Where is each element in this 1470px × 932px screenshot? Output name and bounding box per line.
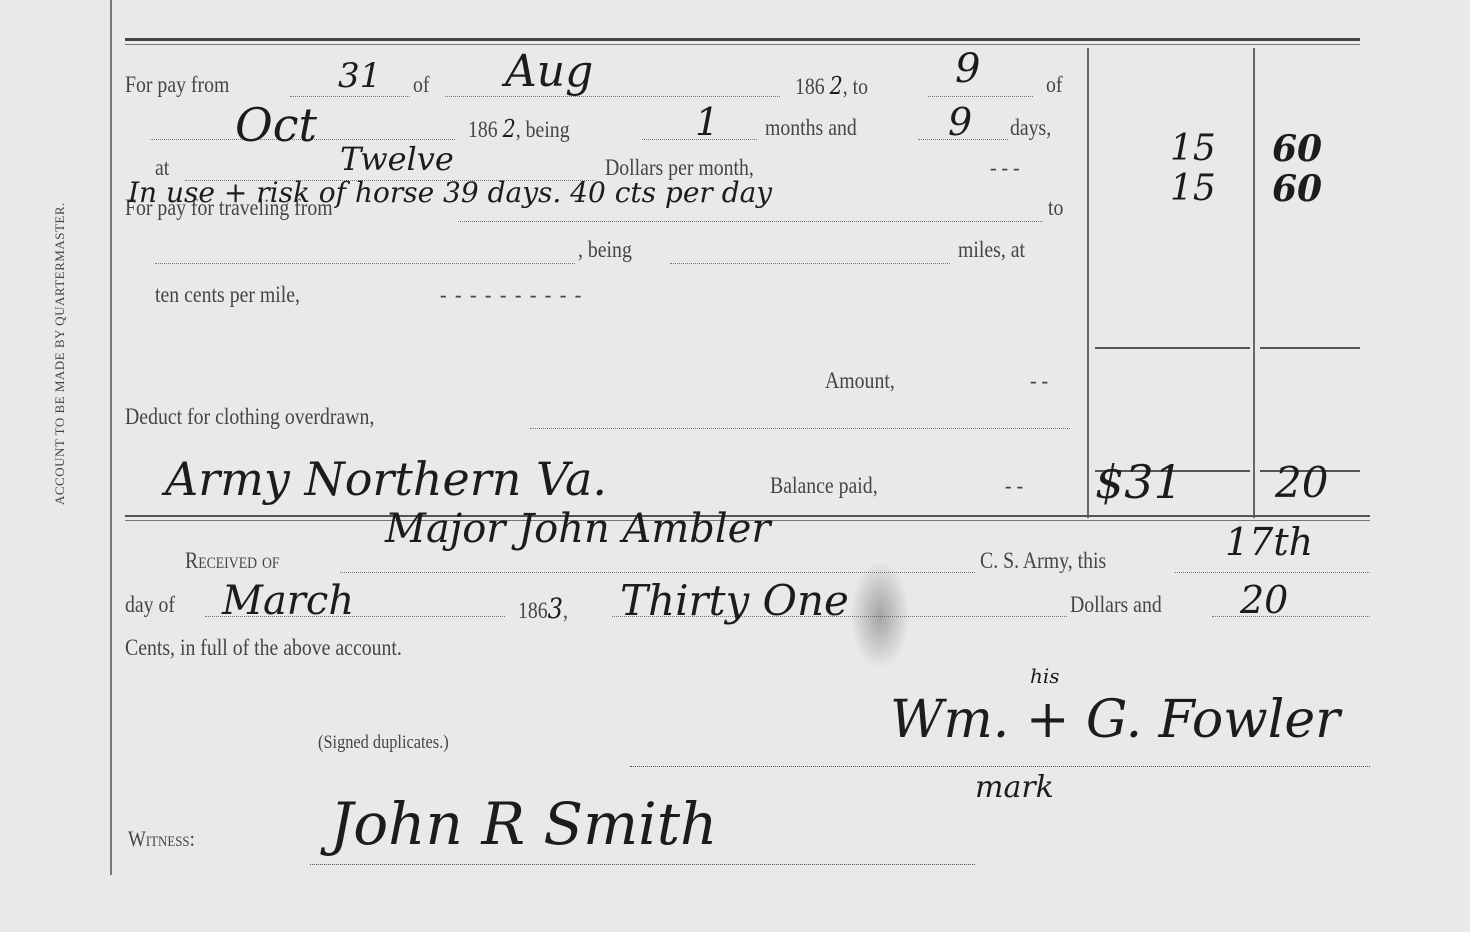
witness-label: Witness: xyxy=(128,826,195,852)
ten-cents-dashes: - - - - - - - - - - xyxy=(440,282,583,308)
officer-value: Major John Ambler xyxy=(385,506,771,552)
dollars-column-left xyxy=(1087,48,1089,518)
year-label-2: 186 2, being xyxy=(468,115,570,143)
subtotal-rule-dollars xyxy=(1095,347,1250,349)
his-label: his xyxy=(1030,664,1060,688)
signature-value: Wm. + G. Fowler xyxy=(890,690,1340,750)
unit-value: Army Northern Va. xyxy=(165,452,607,506)
amount-dashes: - - xyxy=(1030,368,1048,394)
ink-smudge xyxy=(850,560,910,670)
cs-army-label: C. S. Army, this xyxy=(980,548,1106,574)
horse-dollars: 15 xyxy=(1170,168,1216,209)
days-value: 9 xyxy=(948,100,972,144)
mark-label: mark xyxy=(975,770,1054,805)
row3-dashes: - - - xyxy=(990,155,1020,181)
miles-at-label: miles, at xyxy=(958,237,1025,263)
signature-line xyxy=(630,766,1370,767)
ten-cents-label: ten cents per mile, xyxy=(155,282,300,308)
of-label-2: of xyxy=(1046,72,1062,98)
amount-words-value: Thirty One xyxy=(620,576,849,625)
months-and-label: months and xyxy=(765,115,857,141)
cents-full-label: Cents, in full of the above account. xyxy=(125,635,402,661)
from-month-value: Aug xyxy=(505,46,593,97)
to-day-value: 9 xyxy=(955,46,980,92)
top-rule xyxy=(125,38,1360,41)
dollars-and-label: Dollars and xyxy=(1070,592,1162,618)
pay-dollars: 15 xyxy=(1170,128,1216,169)
rate-value: Twelve xyxy=(340,140,454,178)
for-pay-from-label: For pay from xyxy=(125,72,229,98)
cents-line xyxy=(1212,616,1370,617)
subtotal-rule-cents xyxy=(1260,347,1360,349)
to-label: to xyxy=(1048,195,1063,221)
from-day-line xyxy=(290,96,410,97)
day-of-label: day of xyxy=(125,592,175,618)
days-label: days, xyxy=(1010,115,1051,141)
top-rule-thin xyxy=(125,44,1360,45)
year-label-1: 186 2, to xyxy=(795,72,868,100)
balance-dashes: - - xyxy=(1005,473,1023,499)
from-month-line xyxy=(445,96,780,97)
witness-value: John R Smith xyxy=(330,790,717,858)
signed-duplicates-label: (Signed duplicates.) xyxy=(318,732,449,754)
traveling-to-line xyxy=(155,263,575,264)
witness-line xyxy=(310,864,975,865)
day-line xyxy=(1175,572,1370,573)
year-label-3: 1863, xyxy=(518,592,568,625)
received-of-label: Received of xyxy=(185,548,280,574)
left-margin-rule xyxy=(110,0,112,875)
months-value: 1 xyxy=(695,100,719,144)
balance-dollars: $31 xyxy=(1095,455,1183,509)
amount-label: Amount, xyxy=(825,368,895,394)
horse-cents: 60 xyxy=(1272,168,1322,210)
balance-cents: 20 xyxy=(1275,458,1328,507)
to-day-line xyxy=(928,96,1033,97)
horse-note: In use + risk of horse 39 days. 40 cts p… xyxy=(128,176,772,209)
pay-cents: 60 xyxy=(1272,128,1322,170)
being-label: , being xyxy=(578,237,632,263)
cents-column-left xyxy=(1253,48,1255,518)
to-month-value: Oct xyxy=(235,98,317,152)
of-label-1: of xyxy=(413,72,429,98)
side-label: ACCOUNT TO BE MADE BY QUARTERMASTER. xyxy=(52,202,68,505)
traveling-from-line xyxy=(458,221,1043,222)
month-value: March xyxy=(222,578,354,624)
deduct-line xyxy=(530,428,1070,429)
day-value: 17th xyxy=(1225,520,1313,564)
from-day-value: 31 xyxy=(338,56,381,96)
cents-value: 20 xyxy=(1240,578,1288,622)
balance-label: Balance paid, xyxy=(770,473,878,499)
deduct-label: Deduct for clothing overdrawn, xyxy=(125,404,374,430)
miles-line xyxy=(670,263,950,264)
